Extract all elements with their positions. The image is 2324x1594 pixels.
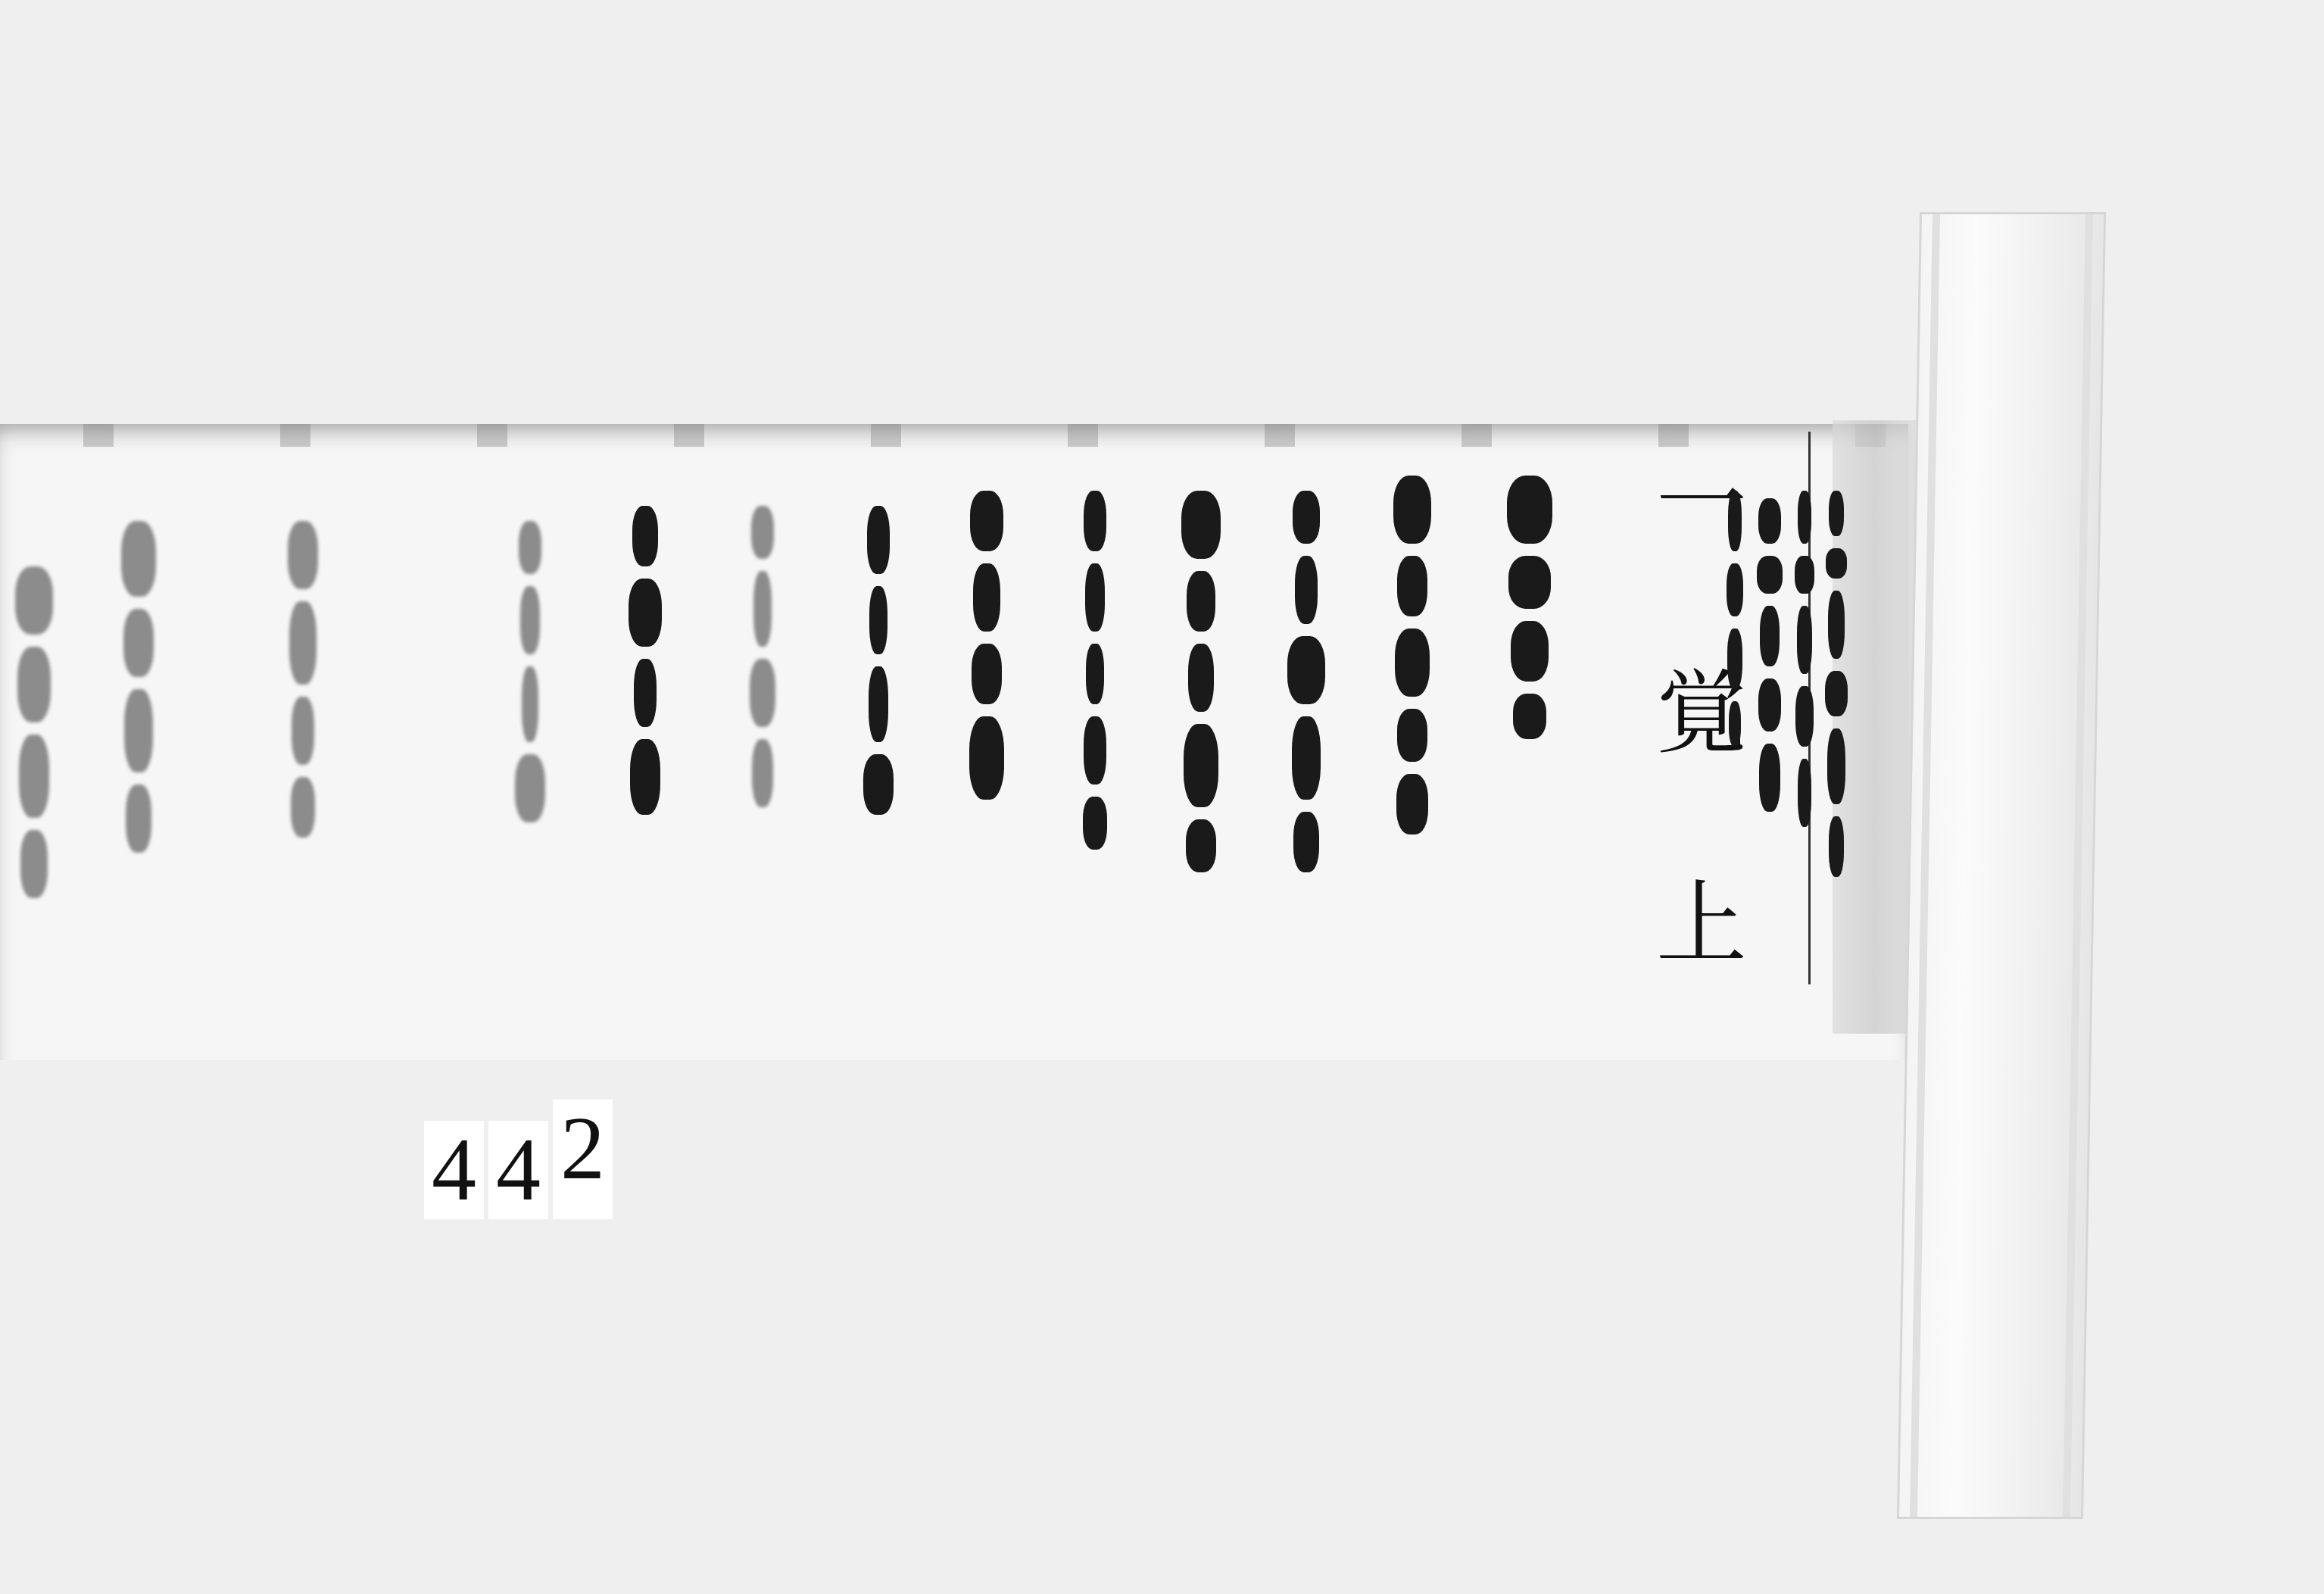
text-column <box>1825 485 1848 883</box>
text-column <box>1287 485 1325 878</box>
text-column-faint <box>121 515 156 859</box>
label-digit: 4 <box>488 1121 548 1219</box>
text-column <box>1507 469 1552 745</box>
text-column <box>629 500 662 821</box>
label-digit: 4 <box>424 1121 484 1219</box>
text-column-faint <box>15 560 53 904</box>
archive-number-label: 4 4 2 <box>424 1121 613 1219</box>
text-column <box>1181 485 1221 878</box>
roller-edge <box>1910 214 1940 1517</box>
text-column <box>969 485 1004 806</box>
label-digit: 2 <box>553 1100 613 1219</box>
text-column <box>1795 485 1814 833</box>
text-column-faint <box>288 515 318 844</box>
roller-edge <box>2063 214 2093 1517</box>
text-column <box>1757 492 1783 818</box>
text-column <box>1083 485 1107 856</box>
scroll-roller <box>1897 212 2106 1519</box>
text-column-faint <box>515 515 545 828</box>
text-column <box>1393 469 1431 841</box>
scroll-paper <box>0 424 1908 1060</box>
text-column <box>863 500 894 821</box>
text-column <box>1727 485 1743 753</box>
scroll-torn-edge <box>0 424 1908 447</box>
text-column-faint <box>750 500 775 813</box>
